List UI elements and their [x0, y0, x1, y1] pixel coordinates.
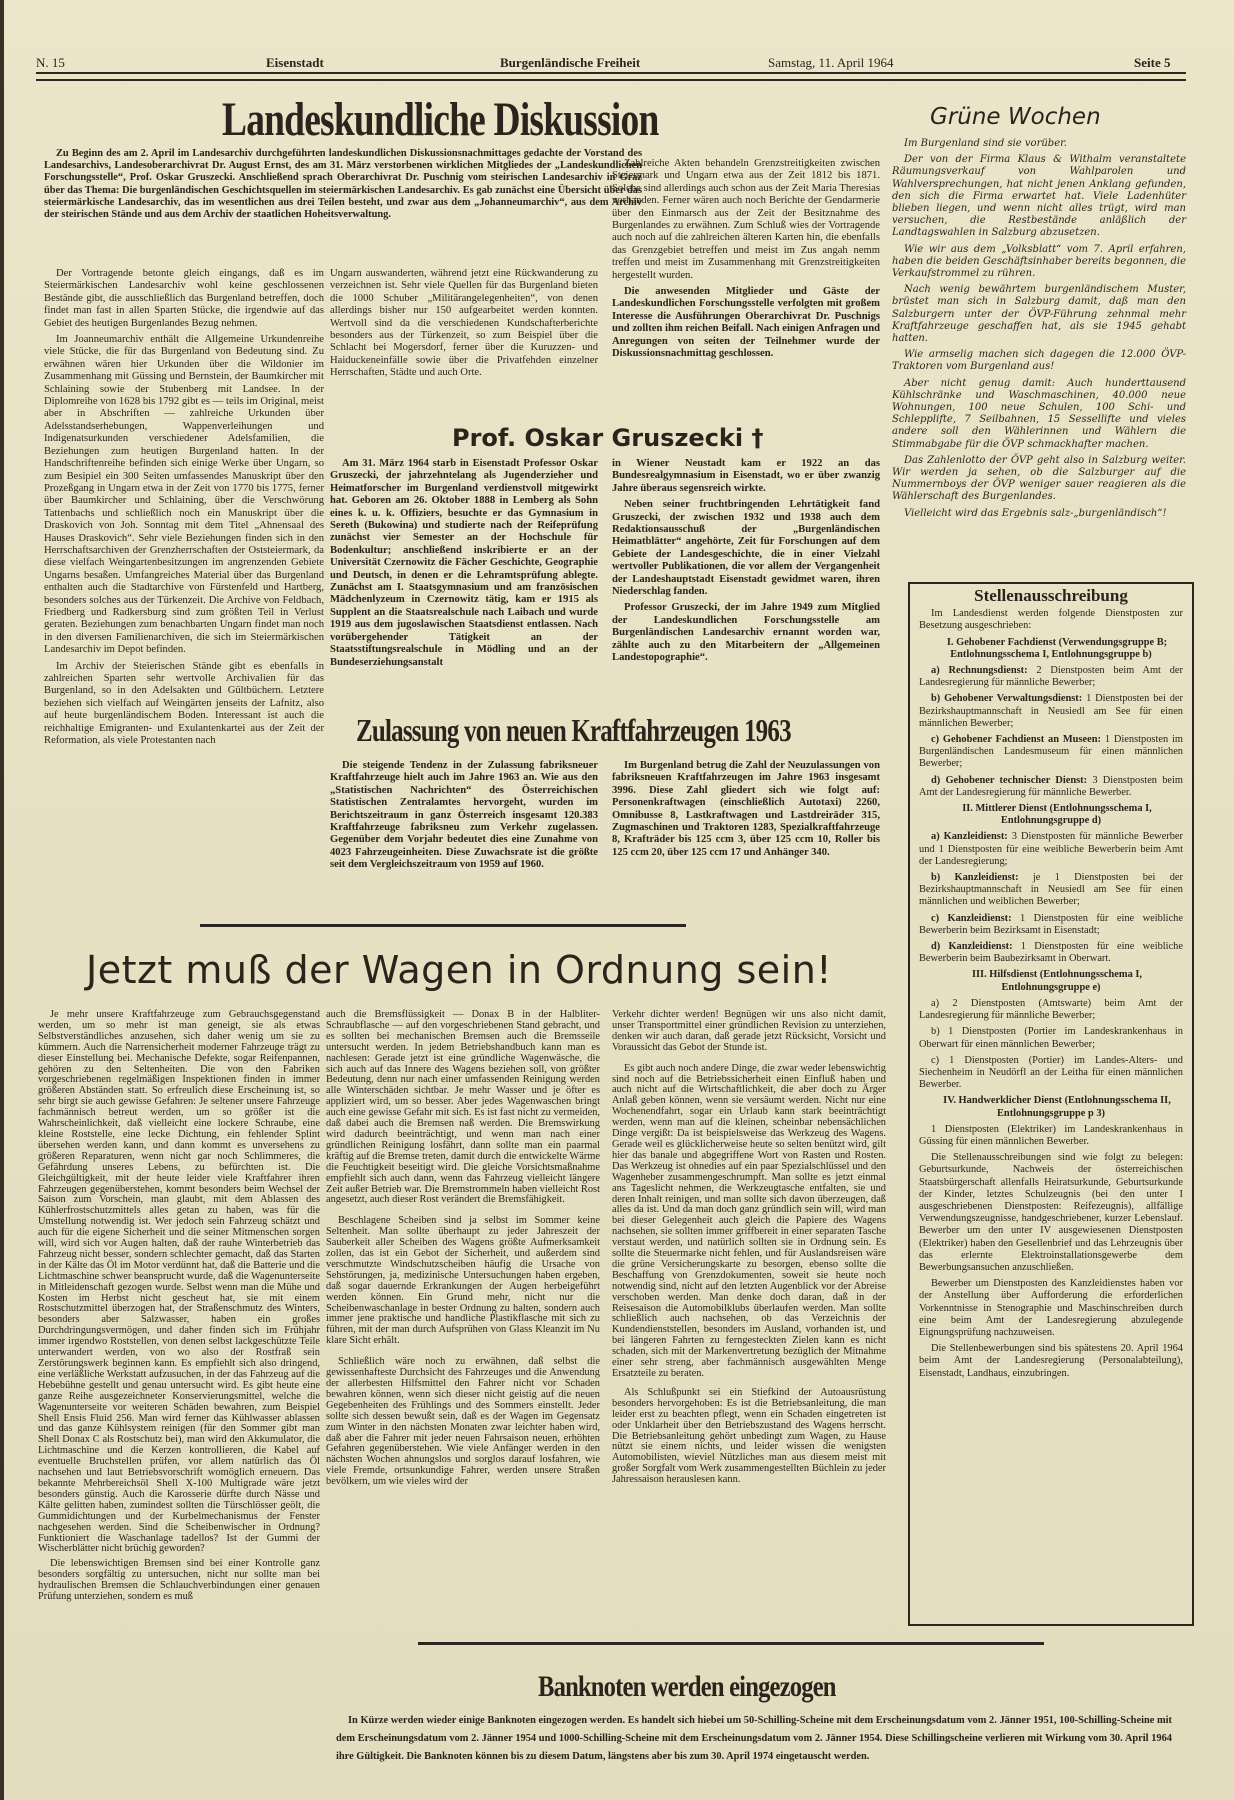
wagen-col-2: auch die Bremsflüssigkeit — Donax B in d… [326, 1010, 600, 1492]
paragraph: Das Zahlenlotto der ÖVP geht also in Sal… [892, 455, 1186, 504]
landeskunde-col-2: Ungarn auswanderten, während jetzt eine … [330, 268, 598, 384]
paragraph: Die lebenswichtigen Bremsen sind bei ein… [38, 1559, 320, 1603]
paragraph: Am 31. März 1964 starb in Eisenstadt Pro… [330, 458, 598, 669]
job-item: a) Rechnungsdienst: 2 Dienstposten beim … [919, 665, 1183, 689]
paragraph: Im Joanneumarchiv enthält die Allgemeine… [44, 334, 324, 657]
paragraph: Die anwesenden Mitglieder und Gäste der … [612, 286, 880, 360]
newspaper-page: N. 15 Eisenstadt Burgenländische Freihei… [0, 0, 1234, 1800]
job-item: d) Kanzleidienst: 1 Dienstposten für ein… [919, 941, 1183, 965]
scan-edge [0, 0, 4, 1800]
masthead-page: Seite 5 [1134, 55, 1170, 71]
paragraph: Professor Gruszecki, der im Jahre 1949 z… [612, 602, 880, 664]
paragraph: auch die Bremsflüssigkeit — Donax B in d… [326, 1010, 600, 1206]
job-item: 1 Dienstposten (Elektriker) im Landeskra… [919, 1124, 1183, 1148]
section-rule [418, 1642, 1044, 1645]
section-heading: II. Mittlerer Dienst (Entlohnungsschema … [919, 803, 1183, 827]
headline-landeskunde: Landeskundliche Diskussion [222, 92, 658, 147]
paragraph: Im Archiv der Steierischen Stände gibt e… [44, 661, 324, 748]
zulassung-col-1: Die steigende Tendenz in der Zulassung f… [330, 760, 598, 876]
paragraph: In Kürze werden wieder einige Banknoten … [336, 1712, 1172, 1765]
section-rule [200, 924, 686, 927]
landeskunde-col-1: Der Vortragende betonte gleich eingangs,… [44, 268, 324, 751]
paragraph: Die Stellenbewerbungen sind bis späteste… [919, 1343, 1183, 1380]
masthead-rule [36, 72, 1186, 81]
headline-gruszecki: Prof. Oskar Gruszecki † [452, 424, 763, 452]
job-item: a) Kanzleidienst: 3 Dienstposten für män… [919, 831, 1183, 868]
masthead-paper: Burgenländische Freiheit [500, 55, 640, 71]
subtitle: Im Burgenland sind sie vorüber. [892, 138, 1186, 150]
job-item: c) Kanzleidienst: 1 Dienstposten für ein… [919, 913, 1183, 937]
gruszecki-col-1: Am 31. März 1964 starb in Eisenstadt Pro… [330, 458, 598, 673]
wagen-col-3: Verkehr dichter werden! Begnügen wir uns… [612, 1010, 886, 1490]
paragraph: Je mehr unsere Kraftfahrzeuge zum Gebrau… [38, 1010, 320, 1555]
job-posting-content: Stellenausschreibung Im Landesdienst wer… [910, 590, 1192, 1380]
job-item: c) Gehobener Fachdienst an Museen: 1 Die… [919, 734, 1183, 771]
paragraph: in Wiener Neustadt kam er 1922 an das Bu… [612, 458, 880, 495]
masthead-date: Samstag, 11. April 1964 [768, 55, 894, 71]
job-item: b) Kanzleidienst: je 1 Dienstposten bei … [919, 872, 1183, 909]
paragraph: Der von der Firma Klaus & Withalm verans… [892, 154, 1186, 239]
masthead-city: Eisenstadt [266, 55, 324, 71]
headline-banknoten: Banknoten werden eingezogen [538, 1670, 836, 1704]
job-item: c) 1 Dienstposten (Portier) im Landes-Al… [919, 1055, 1183, 1092]
paragraph: Die steigende Tendenz in der Zulassung f… [330, 760, 598, 872]
paragraph: Als Schlußpunkt sei ein Stiefkind der Au… [612, 1388, 886, 1486]
paragraph: Es gibt auch noch andere Dinge, die zwar… [612, 1064, 886, 1380]
paragraph: Vielleicht wird das Ergebnis salz-„burge… [892, 508, 1186, 520]
paragraph: Wie wir aus dem „Volksblatt“ vom 7. Apri… [892, 244, 1186, 281]
section-heading: I. Gehobener Fachdienst (Verwendungsgrup… [919, 637, 1183, 661]
banknoten-body: In Kürze werden wieder einige Banknoten … [336, 1712, 1172, 1769]
headline-wagen: Jetzt muß der Wagen in Ordnung sein! [86, 948, 832, 992]
masthead: N. 15 Eisenstadt Burgenländische Freihei… [36, 55, 1186, 73]
paragraph: Nach wenig bewährtem burgenländischem Mu… [892, 284, 1186, 345]
gruene-wochen-column: Im Burgenland sind sie vorüber. Der von … [892, 138, 1186, 524]
job-item: d) Gehobener technischer Dienst: 3 Diens… [919, 775, 1183, 799]
paragraph: Aber nicht genug damit: Auch hunderttaus… [892, 378, 1186, 451]
job-intro: Im Landesdienst werden folgende Dienstpo… [919, 608, 1183, 632]
job-item: b) Gehobener Verwaltungsdienst: 1 Dienst… [919, 693, 1183, 730]
paragraph: Im Burgenland betrug die Zahl der Neuzul… [612, 760, 880, 859]
headline-zulassung: Zulassung von neuen Kraftfahrzeugen 1963 [356, 712, 791, 749]
paragraph: Verkehr dichter werden! Begnügen wir uns… [612, 1010, 886, 1054]
job-posting-box: Stellenausschreibung Im Landesdienst wer… [908, 582, 1194, 1626]
paragraph: Die Stellenausschreibungen sind wie folg… [919, 1152, 1183, 1274]
zulassung-col-2: Im Burgenland betrug die Zahl der Neuzul… [612, 760, 880, 863]
section-heading: IV. Handwerklicher Dienst (Entlohnungssc… [919, 1095, 1183, 1119]
headline-gruene-wochen: Grüne Wochen [930, 104, 1101, 130]
wagen-col-1: Je mehr unsere Kraftfahrzeuge zum Gebrau… [38, 1010, 320, 1607]
paragraph: Beschlagene Scheiben sind ja selbst im S… [326, 1216, 600, 1347]
lead-landeskunde: Zu Beginn des am 2. April im Landesarchi… [44, 148, 642, 225]
job-item: b) 1 Dienstposten (Portier im Landeskran… [919, 1026, 1183, 1050]
paragraph: Schließlich wäre noch zu erwähnen, daß s… [326, 1357, 600, 1488]
paragraph: Zahlreiche Akten behandeln Grenzstreitig… [612, 158, 880, 282]
job-item: a) 2 Dienstposten (Amtswarte) beim Amt d… [919, 998, 1183, 1022]
issue-number: N. 15 [36, 55, 65, 71]
gruszecki-col-2: in Wiener Neustadt kam er 1922 an das Bu… [612, 458, 880, 669]
paragraph: Bewerber um Dienstposten des Kanzleidien… [919, 1278, 1183, 1339]
paragraph: Ungarn auswanderten, während jetzt eine … [330, 268, 598, 380]
section-heading: III. Hilfsdienst (Entlohnungsschema I, E… [919, 969, 1183, 993]
lead-text: Zu Beginn des am 2. April im Landesarchi… [44, 148, 642, 221]
paragraph: Der Vortragende betonte gleich eingangs,… [44, 268, 324, 330]
landeskunde-col-3: Zahlreiche Akten behandeln Grenzstreitig… [612, 158, 880, 365]
paragraph: Wie armselig machen sich dagegen die 12.… [892, 349, 1186, 373]
job-posting-title: Stellenausschreibung [919, 590, 1183, 602]
paragraph: Neben seiner fruchtbringenden Lehrtätigk… [612, 499, 880, 598]
